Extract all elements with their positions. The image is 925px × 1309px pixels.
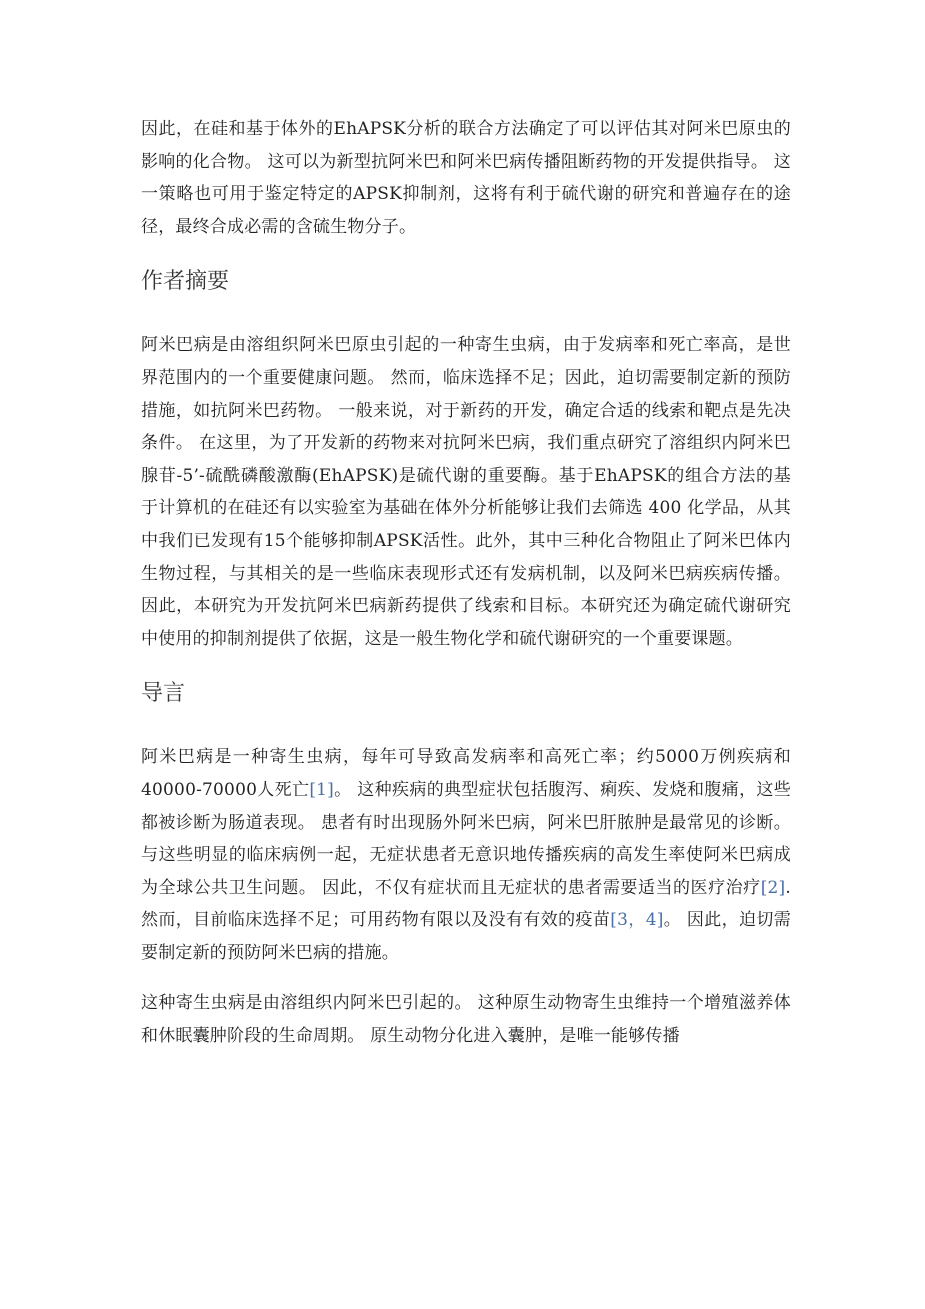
citation-link-3-4[interactable]: [3，4] [610, 910, 663, 930]
introduction-heading: 导言 [141, 679, 791, 709]
abstract-heading: 作者摘要 [141, 267, 791, 297]
document-page: 因此，在硅和基于体外的EhAPSK分析的联合方法确定了可以评估其对阿米巴原虫的影… [141, 113, 791, 1053]
introduction-paragraph-1: 阿米巴病是一种寄生虫病，每年可导致高发病率和高死亡率；约5000万例疾病和400… [141, 741, 791, 969]
abstract-paragraph: 阿米巴病是由溶组织阿米巴原虫引起的一种寄生虫病，由于发病率和死亡率高，是世界范围… [141, 329, 791, 655]
citation-link-2[interactable]: [2] [761, 878, 786, 898]
introduction-paragraph-2: 这种寄生虫病是由溶组织内阿米巴引起的。 这种原生动物寄生虫维持一个增殖滋养体和休… [141, 987, 791, 1052]
intro-paragraph: 因此，在硅和基于体外的EhAPSK分析的联合方法确定了可以评估其对阿米巴原虫的影… [141, 113, 791, 243]
citation-link-1[interactable]: [1] [309, 780, 334, 800]
